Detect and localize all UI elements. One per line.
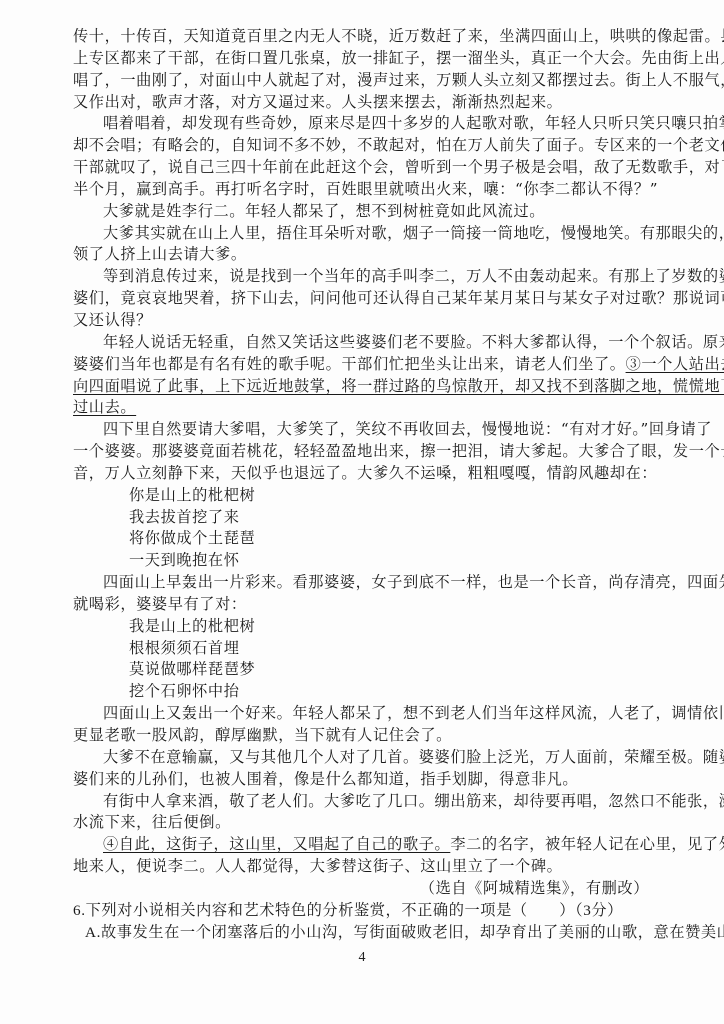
passage-line: 大爹其实就在山上人里，捂住耳朵听对歌，烟子一筒接一筒地吃，慢慢地笑。有那眼尖的， [73,223,653,245]
passage-body: 传十，十传百，天知道竟百里之内无人不晓，近万数赶了来，坐满四面山上，哄哄的像起雷… [73,26,653,943]
passage-line: 却不会唱；有略会的，自知词不多不妙，不敢起对，怕在万人前失了面子。专区来的一个老… [73,135,653,157]
passage-line: 传十，十传百，天知道竟百里之内无人不晓，近万数赶了来，坐满四面山上，哄哄的像起雷… [73,26,653,48]
underlined-sentence-4: ④自此，这街子，这山里，又唱起了自己的歌子。 [103,835,450,853]
passage-line: 干部就叹了，说自己三四十年前在此赶这个会，曾听到一个男子极是会唱，敌了无数歌手，… [73,157,653,179]
question-stem: 6.下列对小说相关内容和艺术特色的分析鉴赏，不正确的一项是（ ）（3分） [73,900,653,922]
passage-line-text: 李二的名字，被年轻人记在心里，见了外 [450,835,724,853]
passage-line: 更显老歌一股风韵，醇厚幽默，当下就有人记住会了。 [73,725,653,747]
underlined-sentence-3-end: 过山去。 [73,398,136,416]
passage-line: 过山去。 [73,397,653,419]
passage-line: 半个月，赢到高手。再打听名字时，百姓眼里就喷出火来，嚷：“你李二都认不得？” [73,179,653,201]
source-citation: （选自《阿城精选集》，有删改） [73,878,653,900]
passage-line: ④自此，这街子，这山里，又唱起了自己的歌子。李二的名字，被年轻人记在心里，见了外 [73,834,653,856]
poem-line: 挖个石卵怀中抬 [73,681,653,703]
passage-line: 四下里自然要请大爹唱，大爹笑了，笑纹不再收回去，慢慢地说：“有对才好。”回身请了 [73,419,653,441]
poem-line: 将你做成个土琵琶 [73,528,653,550]
exam-page: 传十，十传百，天知道竟百里之内无人不晓，近万数赶了来，坐满四面山上，哄哄的像起雷… [0,0,724,1024]
poem-line: 莫说做哪样琵琶梦 [73,659,653,681]
passage-line: 上专区都来了干部，在街口置几张桌，放一排缸子，摆一溜坐头，真正一个大会。先由街上… [73,48,653,70]
passage-line: 音，万人立刻静下来，天似乎也退远了。大爹久不运嗓，粗粗嘎嘎，情韵风趣却在： [73,463,653,485]
passage-line: 婆们，竟哀哀地哭着，挤下山去，问问他可还认得自己某年某月某日与某女子对过歌？那说… [73,288,653,310]
passage-line: 又作出对，歌声才落，对方又逼过来。人头摆来摆去，渐渐热烈起来。 [73,92,653,114]
page-number: 4 [0,950,724,966]
passage-line: 有街中人拿来酒，敬了老人们。大爹吃了几口。绷出筋来，却待要再唱，忽然口不能张，涎 [73,791,653,813]
poem-line: 你是山上的枇杷树 [73,485,653,507]
passage-line: 地来人，便说李二。人人都觉得，大爹替这街子、这山里立了一个碑。 [73,856,653,878]
passage-line: 就喝彩，婆婆早有了对： [73,594,653,616]
poem-line: 我是山上的枇杷树 [73,616,653,638]
passage-line: 唱着唱着，却发现有些奇妙，原来尽是四十多岁的人起歌对歌，年轻人只听只笑只嚷只拍掌… [73,113,653,135]
passage-line: 年轻人说话无轻重，自然又笑话这些婆婆们老不要脸。不料大爹都认得，一个个叙话。原来 [73,332,653,354]
passage-line: 四面山上早轰出一片彩来。看那婆婆，女子到底不一样，也是一个长音，尚存清亮，四面先 [73,572,653,594]
passage-line: 领了人挤上山去请大爹。 [73,244,653,266]
passage-line: 大爹不在意输赢，又与其他几个人对了几首。婆婆们脸上泛光，万人面前，荣耀至极。随婆 [73,747,653,769]
poem-line: 根根须须石首埋 [73,638,653,660]
passage-line: 又还认得？ [73,310,653,332]
passage-line: 等到消息传过来，说是找到一个当年的高手叫李二，万人不由轰动起来。有那上了岁数的婆 [73,266,653,288]
passage-line-text: 婆婆们当年也都是有名有姓的歌手呢。干部们忙把坐头让出来，请老人们坐了。 [73,355,626,373]
passage-line: 四面山上又轰出一个好来。年轻人都呆了，想不到老人们当年这样风流，人老了，调情依旧… [73,703,653,725]
passage-line: 婆婆们当年也都是有名有姓的歌手呢。干部们忙把坐头让出来，请老人们坐了。③一个人站… [73,354,653,376]
passage-line: 婆们来的儿孙们，也被人围着，像是什么都知道，指手划脚，得意非凡。 [73,769,653,791]
underlined-sentence-3-start: ③一个人站出去 [626,355,724,373]
poem-line: 我去拔首挖了来 [73,507,653,529]
question-option-a: A.故事发生在一个闭塞落后的小山沟，写街面破败老旧，却孕育出了美丽的山歌，意在赞… [73,922,653,944]
passage-line: 大爹就是姓李行二。年轻人都呆了，想不到树桩竟如此风流过。 [73,201,653,223]
passage-line: 水流下来，往后便倒。 [73,812,653,834]
underlined-sentence-3: 向四面唱说了此事，上下远近地鼓掌，将一群过路的鸟惊散开，却又找不到落脚之地，慌慌… [73,376,653,398]
passage-line: 一个婆婆。那婆婆竟面若桃花，轻轻盈盈地出来，擦一把泪，请大爹起。大爹合了眼，发一… [73,441,653,463]
poem-line: 一天到晚抱在怀 [73,550,653,572]
passage-line: 唱了，一曲刚了，对面山中人就起了对，漫声过来，万颗人头立刻又都摆过去。街上人不服… [73,70,653,92]
